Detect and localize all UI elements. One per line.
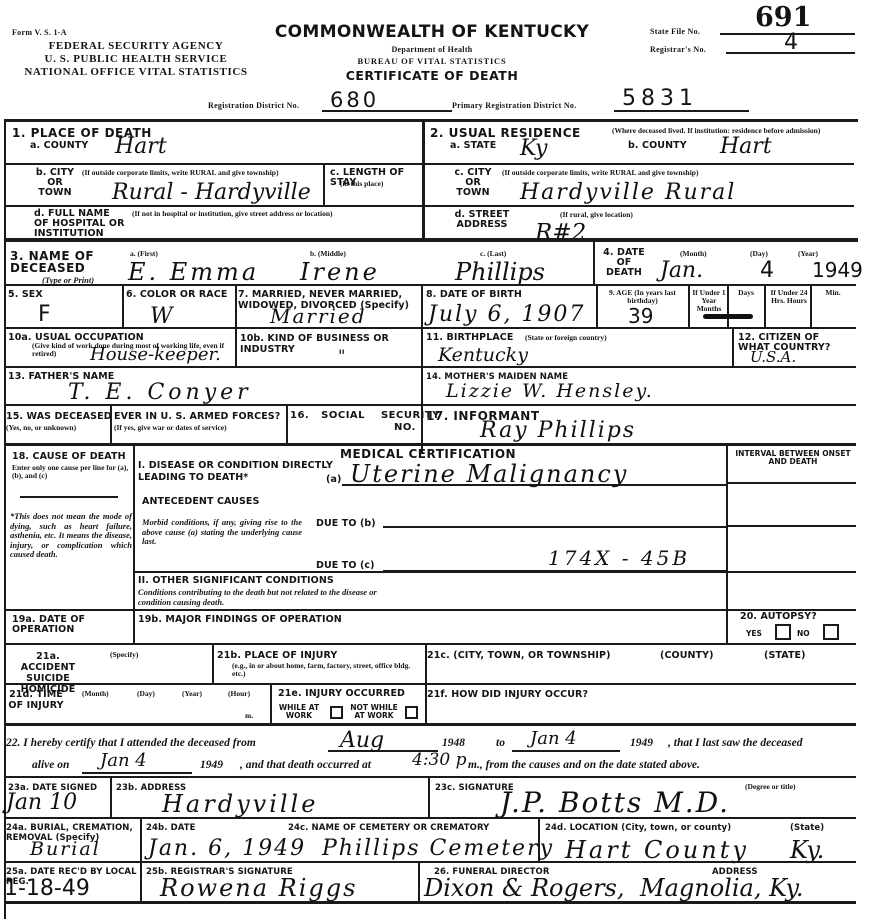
burial-location-value: Hart County [565, 836, 749, 864]
dod-day-label: (Day) [750, 250, 768, 258]
father-name-value: T. E. Conyer [68, 380, 252, 405]
place-of-injury-note: (e.g., in or about home, farm, factory, … [232, 662, 422, 678]
other-conditions-label: II. OTHER SIGNIFICANT CONDITIONS [138, 576, 334, 586]
death-city-note: (If outside corporate limits, write RURA… [82, 169, 322, 177]
death-city-label: b. CITY OR TOWN [30, 168, 80, 198]
alive-on-label: alive on [32, 759, 69, 771]
business-value: " [338, 346, 345, 365]
state-file-number: 691 [755, 2, 811, 33]
dod-month-label: (Month) [680, 250, 707, 258]
birthplace-note: (State or foreign country) [525, 334, 607, 342]
autopsy-yes-label: YES [746, 630, 762, 638]
residence-county-value: Hart [720, 134, 772, 159]
armed-forces-note-2: (If yes, give war or dates of service) [114, 424, 227, 432]
primary-district-number: 5831 [622, 86, 698, 111]
burial-date-value: Jan. 6, 1949 [148, 836, 306, 861]
medical-certification-heading: MEDICAL CERTIFICATION [340, 448, 516, 460]
armed-forces-note-1: (Yes, no, or unknown) [6, 424, 76, 432]
certificate-title: CERTIFICATE OF DEATH [272, 68, 592, 83]
date-of-death-label: 4. DATE OF DEATH [600, 248, 648, 278]
not-at-work-label: NOT WHILE AT WORK [345, 704, 403, 720]
agency-line-1: FEDERAL SECURITY AGENCY [10, 40, 262, 53]
degree-label: (Degree or title) [745, 783, 796, 791]
death-county-value: Hart [115, 134, 167, 159]
injury-city-label: 21c. (CITY, TOWN, OR TOWNSHIP) [427, 651, 611, 661]
interval-label: INTERVAL BETWEEN ONSET AND DEATH [732, 450, 854, 466]
due-to-b-label: DUE TO (b) [316, 519, 376, 529]
line-a-value: Uterine Malignancy [350, 460, 628, 488]
street-address-note: (If rural, give location) [560, 211, 633, 219]
registrar-number-label: Registrar's No. [650, 45, 706, 54]
agency-line-3: NATIONAL OFFICE VITAL STATISTICS [6, 66, 266, 79]
sex-label: 5. SEX [8, 290, 43, 300]
date-signed-value: Jan 10 [6, 790, 77, 815]
street-address-value: R#2 [535, 220, 586, 246]
residence-city-note: (If outside corporate limits, write RURA… [502, 169, 792, 177]
attended-from-year: 1948 [442, 737, 465, 749]
cemetery-value: Phillips Cemetery [322, 836, 554, 861]
certification-line-1-end: , that I last saw the deceased [668, 737, 803, 749]
residence-state-value: Ky [520, 136, 547, 161]
physician-address-value: Hardyville [162, 790, 318, 818]
marital-status-value: Married [270, 304, 367, 328]
hospital-note: (If not in hospital or institution, give… [132, 210, 412, 218]
disease-condition-label: I. DISEASE OR CONDITION DIRECTLY LEADING… [138, 460, 338, 484]
burial-date-label: 24b. DATE [146, 823, 196, 833]
due-to-c-label: DUE TO (c) [316, 561, 375, 571]
antecedent-note: Morbid conditions, if any, giving rise t… [142, 518, 302, 547]
alive-on-year: 1949 [200, 759, 223, 771]
last-name-value: Phillips [455, 258, 545, 286]
attended-to-date: Jan 4 [530, 728, 577, 749]
middle-name-value: Irene [300, 258, 380, 286]
length-of-stay-note: (in this place) [340, 180, 383, 188]
state-file-label: State File No. [650, 27, 700, 36]
to-label: to [496, 737, 505, 749]
injury-county-label: (COUNTY) [660, 651, 714, 661]
physician-signature: J.P. Botts M.D. [500, 786, 730, 819]
injury-m-label: m. [245, 712, 253, 720]
informant-value: Ray Phillips [480, 418, 636, 443]
primary-district-label: Primary Registration District No. [452, 101, 577, 110]
funeral-address-value: Magnolia, Ky. [640, 874, 803, 902]
cemetery-label: 24c. NAME OF CEMETERY OR CREMATORY [288, 823, 489, 833]
business-label: 10b. KIND OF BUSINESS OR INDUSTRY [240, 333, 420, 355]
operation-findings-label: 19b. MAJOR FINDINGS OF OPERATION [138, 615, 342, 625]
cause-of-death-label: 18. CAUSE OF DEATH [12, 452, 126, 462]
occupation-value: House-keeper. [90, 344, 221, 365]
date-received-value: 1-18-49 [4, 876, 90, 901]
due-to-c-value: 174X - 45B [548, 546, 690, 570]
burial-state-label: (State) [790, 823, 824, 833]
injury-day-label: (Day) [137, 690, 155, 698]
dod-year-label: (Year) [798, 250, 818, 258]
line-a-label: (a) [326, 475, 341, 485]
not-at-work-checkbox[interactable] [405, 706, 418, 719]
residence-county-label: b. COUNTY [628, 141, 687, 151]
race-label: 6. COLOR OR RACE [126, 290, 227, 300]
bureau: BUREAU OF VITAL STATISTICS [272, 56, 592, 66]
funeral-director-value: Dixon & Rogers, [424, 874, 624, 902]
death-time-value: 4:30 p [412, 750, 466, 770]
birthplace-label: 11. BIRTHPLACE [426, 333, 513, 343]
certification-line-2: , and that death occurred at [240, 759, 371, 771]
certification-line-2-end: m., from the causes and on the date stat… [468, 759, 700, 771]
cause-footnote: *This does not mean the mode of dying, s… [10, 512, 132, 560]
death-certificate: Form V. S. 1-A FEDERAL SECURITY AGENCY U… [0, 0, 880, 921]
usual-residence-heading: 2. USUAL RESIDENCE [430, 127, 581, 139]
deceased-name-label: 3. NAME OF DECEASED [10, 250, 120, 274]
time-of-injury-label: 21d. TIME OF INJURY [8, 689, 64, 711]
injury-occurred-label: 21e. INJURY OCCURRED [278, 689, 405, 699]
autopsy-yes-checkbox[interactable] [775, 624, 791, 640]
how-injury-label: 21f. HOW DID INJURY OCCUR? [427, 690, 588, 700]
death-county-label: a. COUNTY [30, 141, 88, 151]
agency-line-2: U. S. PUBLIC HEALTH SERVICE [10, 53, 262, 66]
mother-name-value: Lizzie W. Hensley. [446, 380, 654, 402]
last-name-label: c. (Last) [480, 250, 506, 258]
state-title: COMMONWEALTH OF KENTUCKY [272, 22, 592, 42]
under-24-hours-label: If Under 24 Hrs. Hours [768, 289, 810, 305]
ssn-label-1: 16. SOCIAL SECURITY [290, 410, 440, 422]
certification-line-1: 22. I hereby certify that I attended the… [6, 737, 256, 749]
hospital-label: d. FULL NAME OF HOSPITAL OR INSTITUTION [34, 209, 126, 239]
place-of-injury-label: 21b. PLACE OF INJURY [217, 651, 337, 661]
injury-state-label: (STATE) [764, 651, 806, 661]
injury-year-label: (Year) [182, 690, 202, 698]
residence-city-value: Hardyville Rural [520, 180, 736, 205]
street-address-label: d. STREET ADDRESS [452, 210, 512, 230]
while-at-work-checkbox[interactable] [330, 706, 343, 719]
alive-on-date: Jan 4 [100, 750, 147, 771]
department: Department of Health [272, 45, 592, 54]
autopsy-no-label: NO [797, 630, 810, 638]
citizen-value: U.S.A. [750, 348, 796, 366]
first-name-value: E. Emma [128, 258, 259, 286]
armed-forces-label: 15. WAS DECEASED [6, 412, 112, 422]
residence-state-label: a. STATE [450, 141, 496, 151]
burial-state-value: Ky. [790, 836, 824, 864]
form-number: Form V. S. 1-A [12, 28, 67, 37]
cause-of-death-note: Enter only one cause per line for (a), (… [12, 464, 130, 480]
under-1-days-label: Days [731, 289, 761, 297]
registration-district-label: Registration District No. [208, 101, 299, 110]
strike-mark [703, 314, 753, 319]
dod-year-value: 1949 [812, 258, 863, 282]
age-label: 9. AGE (In years last birthday) [600, 289, 685, 305]
registrar-number: 4 [784, 30, 798, 55]
registrar-signature: Rowena Riggs [160, 874, 357, 902]
ssn-label-2: NO. [394, 422, 416, 434]
antecedent-causes-label: ANTECEDENT CAUSES [142, 497, 259, 507]
operation-date-label: 19a. DATE OF OPERATION [12, 615, 130, 635]
first-name-label: a. (First) [130, 250, 158, 258]
sex-value: F [38, 302, 51, 327]
autopsy-label: 20. AUTOPSY? [740, 612, 817, 622]
date-of-birth-label: 8. DATE OF BIRTH [426, 290, 522, 300]
dod-month-value: Jan. [660, 258, 703, 283]
age-value: 39 [628, 304, 653, 328]
dod-day-value: 4 [760, 258, 774, 283]
death-city-value: Rural - Hardyville [112, 180, 311, 205]
under-24-min-label: Min. [815, 289, 851, 297]
date-of-birth-value: July 6, 1907 [428, 302, 585, 327]
burial-type-value: Burial [30, 838, 101, 860]
injury-month-label: (Month) [82, 690, 109, 698]
attended-from-month: Aug [340, 728, 384, 753]
attended-to-year: 1949 [630, 737, 653, 749]
middle-name-label: b. (Middle) [310, 250, 346, 258]
registration-district-number: 680 [330, 88, 379, 112]
residence-city-label: c. CITY OR TOWN [448, 168, 498, 198]
armed-forces-label-2: EVER IN U. S. ARMED FORCES? [114, 412, 280, 422]
other-conditions-note: Conditions contributing to the death but… [138, 588, 408, 607]
accident-specify: (Specify) [110, 651, 138, 659]
under-1-months-label: If Under 1 Year Months [692, 289, 726, 313]
injury-hour-label: (Hour) [228, 690, 250, 698]
birthplace-value: Kentucky [438, 344, 528, 366]
burial-location-label: 24d. LOCATION (City, town, or county) [545, 823, 731, 833]
while-at-work-label: WHILE AT WORK [274, 704, 324, 720]
autopsy-no-checkbox[interactable] [823, 624, 839, 640]
race-value: W [150, 304, 173, 329]
